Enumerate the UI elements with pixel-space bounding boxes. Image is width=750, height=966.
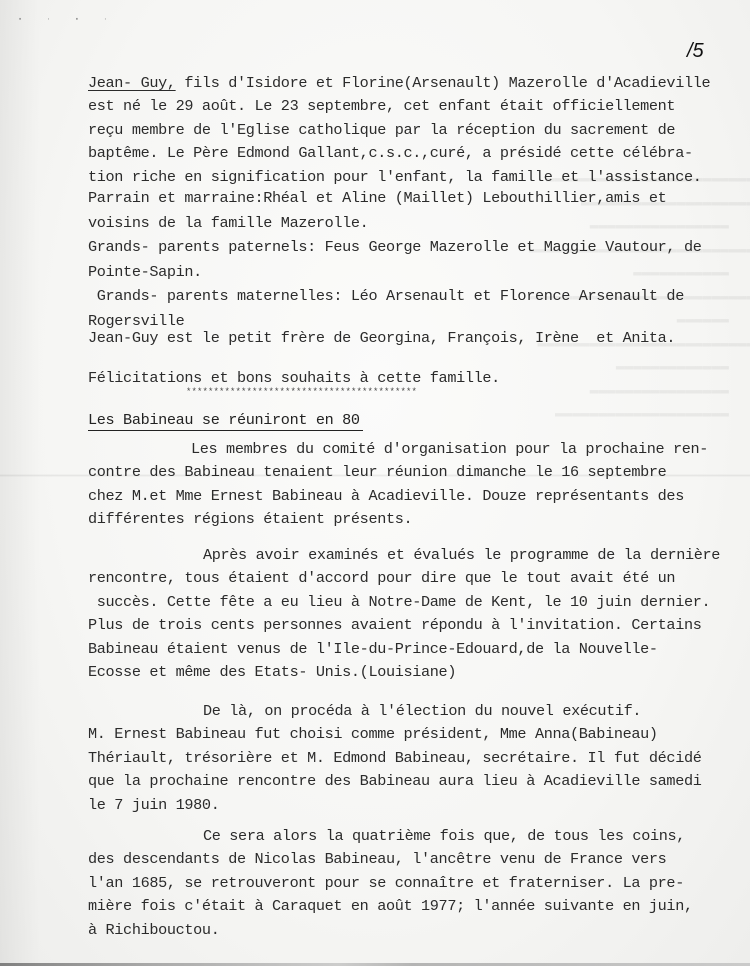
paragraph-history: Ce sera alors la quatrième fois que, de … (88, 825, 693, 942)
paragraph-baptism: Jean- Guy, fils d'Isidore et Florine(Ars… (88, 72, 710, 189)
text-line: à Richibouctou. (88, 919, 693, 942)
text-line: baptême. Le Père Edmond Gallant,c.s.c.,c… (88, 142, 710, 165)
text-line: Parrain et marraine:Rhéal et Aline (Mail… (88, 187, 701, 212)
asterisk-separator: ****************************************… (186, 387, 417, 397)
text-line: l'an 1685, se retrouveront pour se conna… (88, 872, 693, 895)
text-line: Jean- Guy, fils d'Isidore et Florine(Ars… (88, 72, 710, 95)
text-line: Après avoir examinés et évalués le progr… (88, 544, 720, 567)
text-line: rencontre, tous étaient d'accord pour di… (88, 567, 720, 590)
text-line: succès. Cette fête a eu lieu à Notre-Dam… (88, 591, 720, 614)
paragraph-review: Après avoir examinés et évalués le progr… (88, 544, 720, 684)
paragraph-family: Parrain et marraine:Rhéal et Aline (Mail… (88, 187, 701, 334)
text-line: reçu membre de l'Eglise catholique par l… (88, 119, 710, 142)
text-line: que la prochaine rencontre des Babineau … (88, 770, 701, 793)
text-line: M. Ernest Babineau fut choisi comme prés… (88, 723, 701, 746)
text-line: des descendants de Nicolas Babineau, l'a… (88, 848, 693, 871)
text-line: différentes régions étaient présents. (88, 508, 708, 531)
text-line: Jean-Guy est le petit frère de Georgina,… (88, 327, 675, 350)
text-line: Grands- parents paternels: Feus George M… (88, 236, 701, 261)
paragraph-election: De là, on procéda à l'élection du nouvel… (88, 700, 701, 817)
text-line: voisins de la famille Mazerolle. (88, 212, 701, 237)
text-line: mière fois c'était à Caraquet en août 19… (88, 895, 693, 918)
text-line: Pointe-Sapin. (88, 261, 701, 286)
text-line: contre des Babineau tenaient leur réunio… (88, 461, 708, 484)
child-name: Jean- Guy, (88, 74, 176, 92)
text-line: Ecosse et même des Etats- Unis.(Louisian… (88, 661, 720, 684)
text-line: De là, on procéda à l'élection du nouvel… (88, 700, 701, 723)
scanned-page: ▬▬▬▬▬▬▬▬▬▬▬▬▬▬▬▬▬▬▬▬▬▬▬▬ ▬▬▬▬▬▬▬▬▬▬▬▬▬▬▬… (0, 0, 750, 966)
text-line: Plus de trois cents personnes avaient ré… (88, 614, 720, 637)
paragraph-meeting: Les membres du comité d'organisation pou… (88, 438, 708, 532)
text-line: le 7 juin 1980. (88, 794, 701, 817)
text-line: est né le 29 août. Le 23 septembre, cet … (88, 95, 710, 118)
text-line: tion riche en signification pour l'enfan… (88, 166, 710, 189)
text-line: Thériault, trésorière et M. Edmond Babin… (88, 747, 701, 770)
paragraph-siblings: Jean-Guy est le petit frère de Georgina,… (88, 327, 675, 350)
text-line: Grands- parents maternelles: Léo Arsenau… (88, 285, 701, 310)
text-line: Les membres du comité d'organisation pou… (88, 438, 708, 461)
article-heading: Les Babineau se réuniront en 80 (88, 410, 363, 431)
text-line: Babineau étaient venus de l'Ile-du-Princ… (88, 638, 720, 661)
text-line: Ce sera alors la quatrième fois que, de … (88, 825, 693, 848)
scan-specks: ▪ · ▪ · (18, 16, 117, 24)
text-line: chez M.et Mme Ernest Babineau à Acadievi… (88, 485, 708, 508)
page-number: /5 (687, 40, 704, 63)
